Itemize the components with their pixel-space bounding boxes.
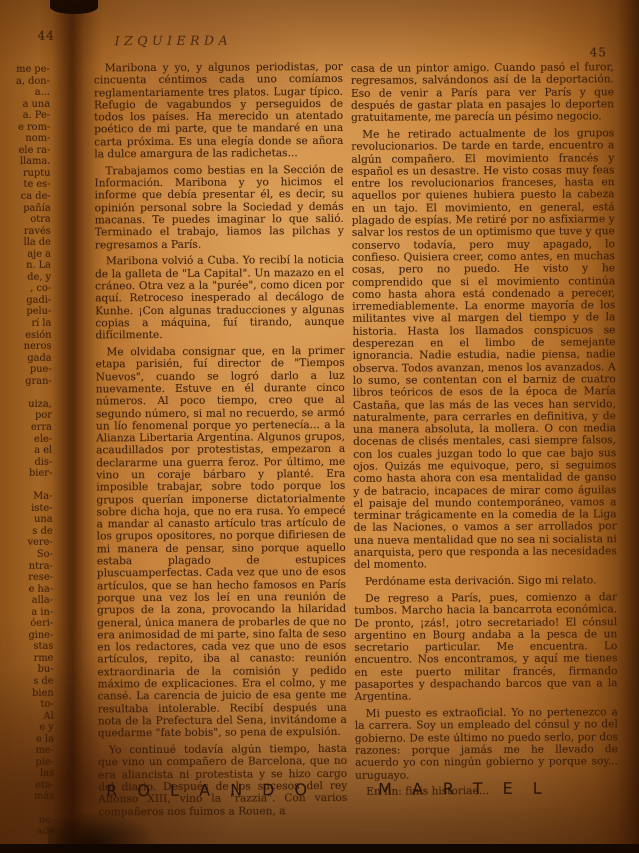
page-content: me pe- a, don- a... a una a. Pe- e rom- …: [0, 0, 639, 853]
running-head-title: IZQUIERDA: [115, 33, 233, 49]
page-number-44: 44: [38, 29, 55, 43]
paragraph: Maribona y yo, y algunos periodistas, po…: [94, 61, 344, 161]
page-number-45: 45: [590, 45, 607, 59]
byline-author: ROLANDO MARTEL: [106, 779, 562, 801]
left-text-column: Maribona y yo, y algunos periodistas, po…: [94, 61, 348, 823]
paragraph: Perdóname esta derivación. Sigo mi relat…: [354, 574, 617, 588]
paragraph: De regreso a París, pues, comienzo a dar…: [354, 591, 618, 703]
paragraph: Me he retirado actualmente de los grupos…: [351, 127, 617, 571]
photo-bottom-border: [0, 844, 639, 853]
paragraph: Mi puesto es extraoficial. Yo no pertene…: [355, 706, 618, 781]
book-photo: me pe- a, don- a... a una a. Pe- e rom- …: [0, 0, 639, 853]
paragraph: Me olvidaba consignar que, en la primer …: [96, 345, 347, 740]
paragraph: Maribona volvió a Cuba. Yo recibí la not…: [95, 254, 345, 342]
paragraph: Trabajamos como bestias en la Sección de…: [94, 164, 344, 252]
facing-page-fragments: me pe- a, don- a... a una a. Pe- e rom- …: [0, 64, 59, 838]
paragraph: casa de un pintor amigo. Cuando pasó el …: [351, 61, 614, 124]
right-text-column: casa de un pintor amigo. Cuando pasó el …: [351, 61, 619, 803]
